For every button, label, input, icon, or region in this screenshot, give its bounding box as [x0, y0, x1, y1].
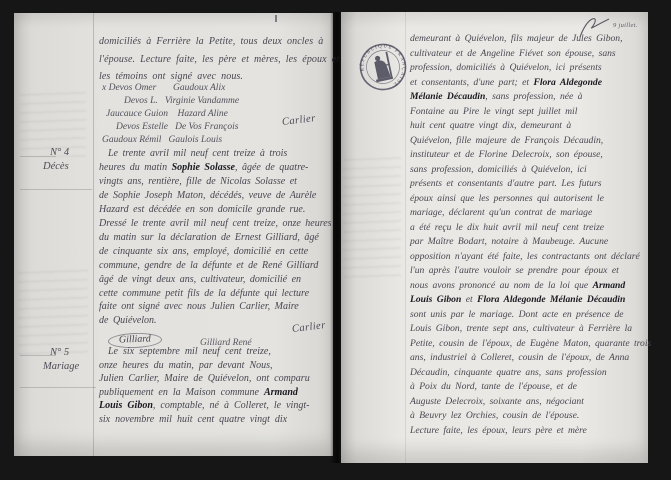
stamp-marianne-figure [371, 52, 393, 83]
manuscript-line: à Beuvry lez Orchies, cousin de l'épouse… [410, 409, 651, 424]
manuscript-line: cette commune petit fils de la défunte q… [99, 287, 332, 301]
manuscript-line: Le trente avril mil neuf cent treize à t… [99, 147, 332, 161]
annotation-text: 9 juillet. [613, 22, 638, 29]
registry-scan: domiciliés à Ferrière la Petite, tous de… [0, 0, 671, 480]
manuscript-line: par Maître Bodart, notaire à Maubeuge. A… [410, 235, 651, 250]
mayor-signature: Carlier [281, 113, 316, 128]
act-5-marriage-record-text: Le six septembre mil neuf cent treize,on… [99, 345, 310, 427]
manuscript-line: six novembre mil huit cent quatre vingt … [99, 413, 310, 427]
manuscript-line: Louis Gibon, comptable, né à Colleret, l… [99, 399, 310, 413]
manuscript-line: Gaudoux Rémil Gaulois Louis [102, 134, 239, 147]
manuscript-line: demeurant à Quiévelon, fils majeur de Ju… [410, 32, 651, 47]
margin-dash [20, 387, 96, 388]
manuscript-line: l'un après l'autre vouloir se prendre po… [410, 264, 651, 279]
manuscript-line: du matin sur la déclaration de Ernest Gi… [99, 231, 332, 245]
margin-dash [20, 189, 92, 190]
previous-act-signatures: x Devos Omer Gaudoux AlixDevos L. Virgin… [102, 82, 239, 147]
manuscript-line: Petite, cousin de l'époux, de Eugène Mat… [410, 337, 651, 352]
manuscript-line: présents et consentants d'autre part. Le… [410, 177, 651, 192]
act-type-label: Mariage [43, 361, 79, 372]
act-type-label: Décès [43, 161, 69, 172]
manuscript-line: cultivateur et de Angeline Fiévet son ép… [410, 47, 651, 62]
manuscript-line: huit cent quatre vingt dix, demeurant à [410, 119, 651, 134]
manuscript-line: publiquement en la Maison commune Armand [99, 386, 310, 400]
act-5-continuation-text: demeurant à Quiévelon, fils majeur de Ju… [410, 32, 651, 438]
manuscript-line: Louis Gibon et Flora Aldegonde Mélanie D… [410, 293, 651, 308]
manuscript-line: Auguste Delecroix, soixante ans, négocia… [410, 395, 651, 410]
manuscript-line: heures du matin Sophie Solasse, âgée de … [99, 161, 332, 175]
manuscript-line: onze heures du matin, par devant Nous, [99, 359, 310, 373]
manuscript-line: Julien Carlier, Maire de Quiévelon, ont … [99, 372, 310, 386]
manuscript-line: x Devos Omer Gaudoux Alix [102, 82, 239, 95]
manuscript-line: Quiévelon, fille majeure de François Déc… [410, 134, 651, 149]
margin-dash [20, 156, 56, 157]
manuscript-line: Devos L. Virginie Vandamme [102, 95, 239, 108]
manuscript-line: de Sophie Joseph Maton, décédés, veuve d… [99, 189, 332, 203]
manuscript-line: commune, gendre de la défunte et de René… [99, 259, 332, 273]
previous-act-closing-text: domiciliés à Ferrière la Petite, tous de… [99, 33, 339, 86]
manuscript-line: Mélanie Décaudin, sans profession, née à [410, 90, 651, 105]
manuscript-line: Décaudin, cinquante quatre ans, sans pro… [410, 366, 651, 381]
manuscript-line: profession, domiciliés à Quiévelon, ici … [410, 61, 651, 76]
left-page: domiciliés à Ferrière la Petite, tous de… [14, 13, 333, 456]
manuscript-line: nous avons prononcé au nom de la loi que… [410, 279, 651, 294]
manuscript-line: Jaucauce Guion Hazard Aline [102, 108, 239, 121]
manuscript-line: opposition n'ayant été faite, les contra… [410, 250, 651, 265]
manuscript-line: Louis Gibon, trente sept ans, cultivateu… [410, 322, 651, 337]
binder-tick-mark [275, 15, 277, 22]
manuscript-line: Devos Estelle De Vos François [102, 121, 239, 134]
right-page: RÉPUBLIQUE FRANÇAISE 9 juillet. demeuran… [341, 12, 648, 463]
manuscript-line: de cinquante six ans, employé, domicilié… [99, 245, 332, 259]
manuscript-line: Hazard est décédée en son domicile grand… [99, 203, 332, 217]
act-4-death-record-text: Le trente avril mil neuf cent treize à t… [99, 147, 332, 328]
manuscript-line: mariage, déclarent qu'un contrat de mari… [410, 206, 651, 221]
act-number: N° 5 [50, 347, 79, 358]
manuscript-line: et consentants, d'une part; et Flora Ald… [410, 76, 651, 91]
manuscript-line: instituteur et de Florine Delecroix, son… [410, 148, 651, 163]
ink-bleedthrough [343, 152, 401, 282]
ink-bleedthrough [18, 265, 88, 357]
manuscript-line: ans, industriel à Colleret, cousin de l'… [410, 351, 651, 366]
manuscript-line: Dressé le trente avril mil neuf cent tre… [99, 217, 332, 231]
manuscript-line: sans profession, domiciliés à Quiévelon,… [410, 163, 651, 178]
manuscript-line: faite ont signé avec nous Julien Carlier… [99, 300, 332, 314]
margin-note-act-4: N° 4 Décès [50, 147, 69, 172]
manuscript-line: Le six septembre mil neuf cent treize, [99, 345, 310, 359]
manuscript-line: Fontaine au Pire le vingt sept juillet m… [410, 105, 651, 120]
left-page-margin-rule [93, 13, 94, 456]
manuscript-line: l'épouse. Lecture faite, les père et mèr… [99, 51, 339, 69]
manuscript-line: sont unis par le mariage. Dont acte en p… [410, 308, 651, 323]
margin-note-act-5: N° 5 Mariage [50, 347, 79, 372]
margin-dash [20, 355, 56, 356]
manuscript-line: Lecture faite, les époux, leurs père et … [410, 424, 651, 439]
manuscript-line: domiciliés à Ferrière la Petite, tous de… [99, 33, 339, 51]
manuscript-line: vingts ans, rentière, fille de Nicolas S… [99, 175, 332, 189]
manuscript-line: âgé de vingt deux ans, cultivateur, domi… [99, 273, 332, 287]
manuscript-line: a été reçu le dix huit avril mil neuf ce… [410, 221, 651, 236]
manuscript-line: époux ainsi que les personnes qui autori… [410, 192, 651, 207]
manuscript-line: à Poix du Nord, tante de l'épouse, et de [410, 380, 651, 395]
